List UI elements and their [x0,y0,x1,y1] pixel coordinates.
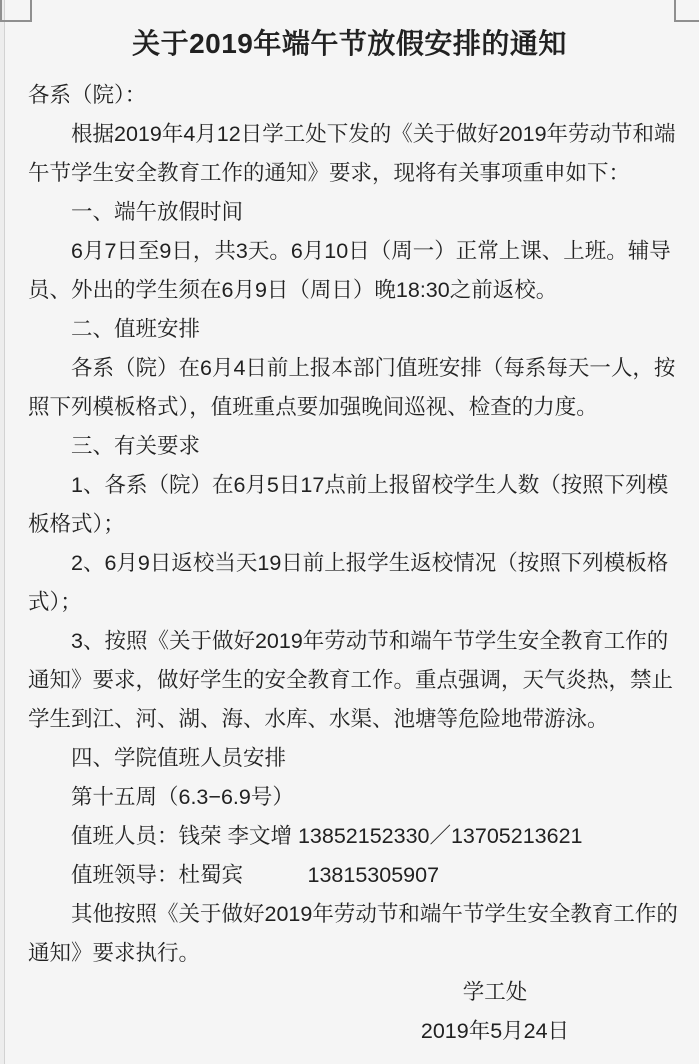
doc-line-other-2: 通知》要求执行。 [28,934,672,973]
signer-name: 学工处 [420,973,570,1012]
doc-line-req3-3: 学生到江、河、湖、海、水库、水渠、池塘等危险地带游泳。 [28,700,672,739]
doc-line-other-1: 其他按照《关于做好2019年劳动节和端午节学生安全教育工作的 [28,895,672,934]
frame-corner-mark-left [0,0,32,22]
doc-heading-section-3: 三、有关要求 [28,427,672,466]
doc-line-holiday-2: 员、外出的学生须在6月9日（周日）晚18:30之前返校。 [28,271,672,310]
doc-line-req3-1: 3、按照《关于做好2019年劳动节和端午节学生安全教育工作的 [28,622,672,661]
doc-line-duty-1: 各系（院）在6月4日前上报本部门值班安排（每系每天一人，按 [28,349,672,388]
doc-line-duty-leader: 值班领导：杜蜀宾 13815305907 [28,856,672,895]
doc-title: 关于2019年端午节放假安排的通知 [0,24,699,64]
frame-corner-mark-right [674,0,699,22]
doc-line-req1-1: 1、各系（院）在6月5日17点前上报留校学生人数（按照下列模 [28,466,672,505]
doc-date: 2019年5月24日 [420,1012,570,1051]
doc-line-req3-2: 通知》要求，做好学生的安全教育工作。重点强调，天气炎热，禁止 [28,661,672,700]
doc-line-salutation: 各系（院）： [28,76,672,115]
doc-line-holiday-1: 6月7日至9日，共3天。6月10日（周一）正常上课、上班。辅导 [28,232,672,271]
doc-line-duty-staff: 值班人员：钱荣 李文增 13852152330／13705213621 [28,817,672,856]
doc-heading-section-1: 一、端午放假时间 [28,193,672,232]
doc-line-req1-2: 板格式）； [28,505,672,544]
doc-heading-section-2: 二、值班安排 [28,310,672,349]
doc-line-duty-2: 照下列模板格式），值班重点要加强晚间巡视、检查的力度。 [28,388,672,427]
document-photo: { "page": { "background_color": "#f5f5f5… [0,0,699,1064]
doc-line-intro-1: 根据2019年4月12日学工处下发的《关于做好2019年劳动节和端 [28,115,672,154]
signature-block: 学工处 2019年5月24日 [420,973,570,1051]
page-edge-line [4,0,5,1064]
doc-body: 各系（院）： 根据2019年4月12日学工处下发的《关于做好2019年劳动节和端… [28,76,672,973]
doc-line-intro-2: 午节学生安全教育工作的通知》要求，现将有关事项重申如下： [28,154,672,193]
doc-line-req2-2: 式）； [28,583,672,622]
doc-heading-section-4: 四、学院值班人员安排 [28,739,672,778]
doc-line-week: 第十五周（6.3−6.9号） [28,778,672,817]
doc-line-req2-1: 2、6月9日返校当天19日前上报学生返校情况（按照下列模板格 [28,544,672,583]
